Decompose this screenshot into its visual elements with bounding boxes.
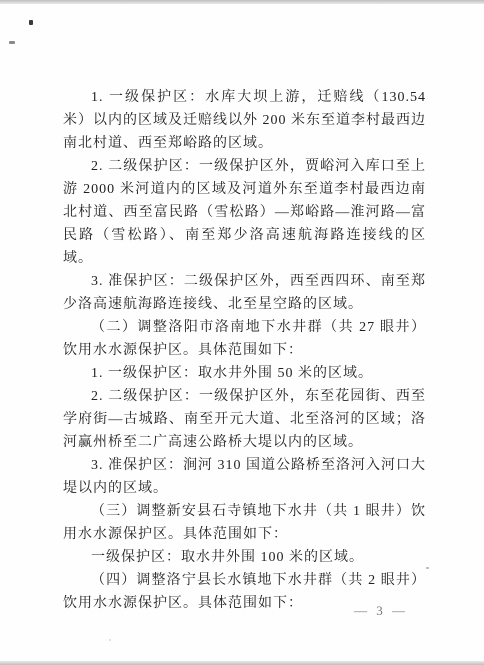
paragraph-level1-zone: 1. 一级保护区：水库大坝上游，迁赔线（130.54 米）以内的区域及迁赔线以外… xyxy=(63,86,426,155)
paragraph-level1-zone: 一级保护区：取水井外围 100 米的区域。 xyxy=(63,546,426,569)
paragraph-quasi-zone: 3. 准保护区：二级保护区外，西至西四环、南至郑少洛高速航海路连接线、北至星空路… xyxy=(63,270,426,316)
paragraph-level2-zone: 2. 二级保护区：一级保护区外，东至花园街、西至学府街—古城路、南至开元大道、北… xyxy=(63,385,426,454)
paragraph-section-2: （二）调整洛阳市洛南地下水井群（共 27 眼井）饮用水水源保护区。具体范围如下： xyxy=(63,316,426,362)
scan-speck xyxy=(426,567,429,569)
scan-edge-top xyxy=(0,0,484,4)
paragraph-level2-zone: 2. 二级保护区：一级保护区外，贾峪河入库口至上游 2000 米河道内的区域及河… xyxy=(63,155,426,270)
paragraph-level1-zone: 1. 一级保护区：取水井外围 50 米的区域。 xyxy=(63,362,426,385)
document-page: 1. 一级保护区：水库大坝上游，迁赔线（130.54 米）以内的区域及迁赔线以外… xyxy=(0,0,484,665)
paragraph-section-3: （三）调整新安县石寺镇地下水井（共 1 眼井）饮用水水源保护区。具体范围如下： xyxy=(63,500,426,546)
document-body: 1. 一级保护区：水库大坝上游，迁赔线（130.54 米）以内的区域及迁赔线以外… xyxy=(63,86,426,615)
scan-speck xyxy=(9,41,15,44)
scan-speck xyxy=(109,639,111,641)
scan-edge-bottom xyxy=(0,661,484,665)
paragraph-quasi-zone: 3. 准保护区：涧河 310 国道公路桥至洛河入河口大堤以内的区域。 xyxy=(63,454,426,500)
scan-speck xyxy=(29,20,33,25)
page-number: — 3 — xyxy=(354,603,408,619)
